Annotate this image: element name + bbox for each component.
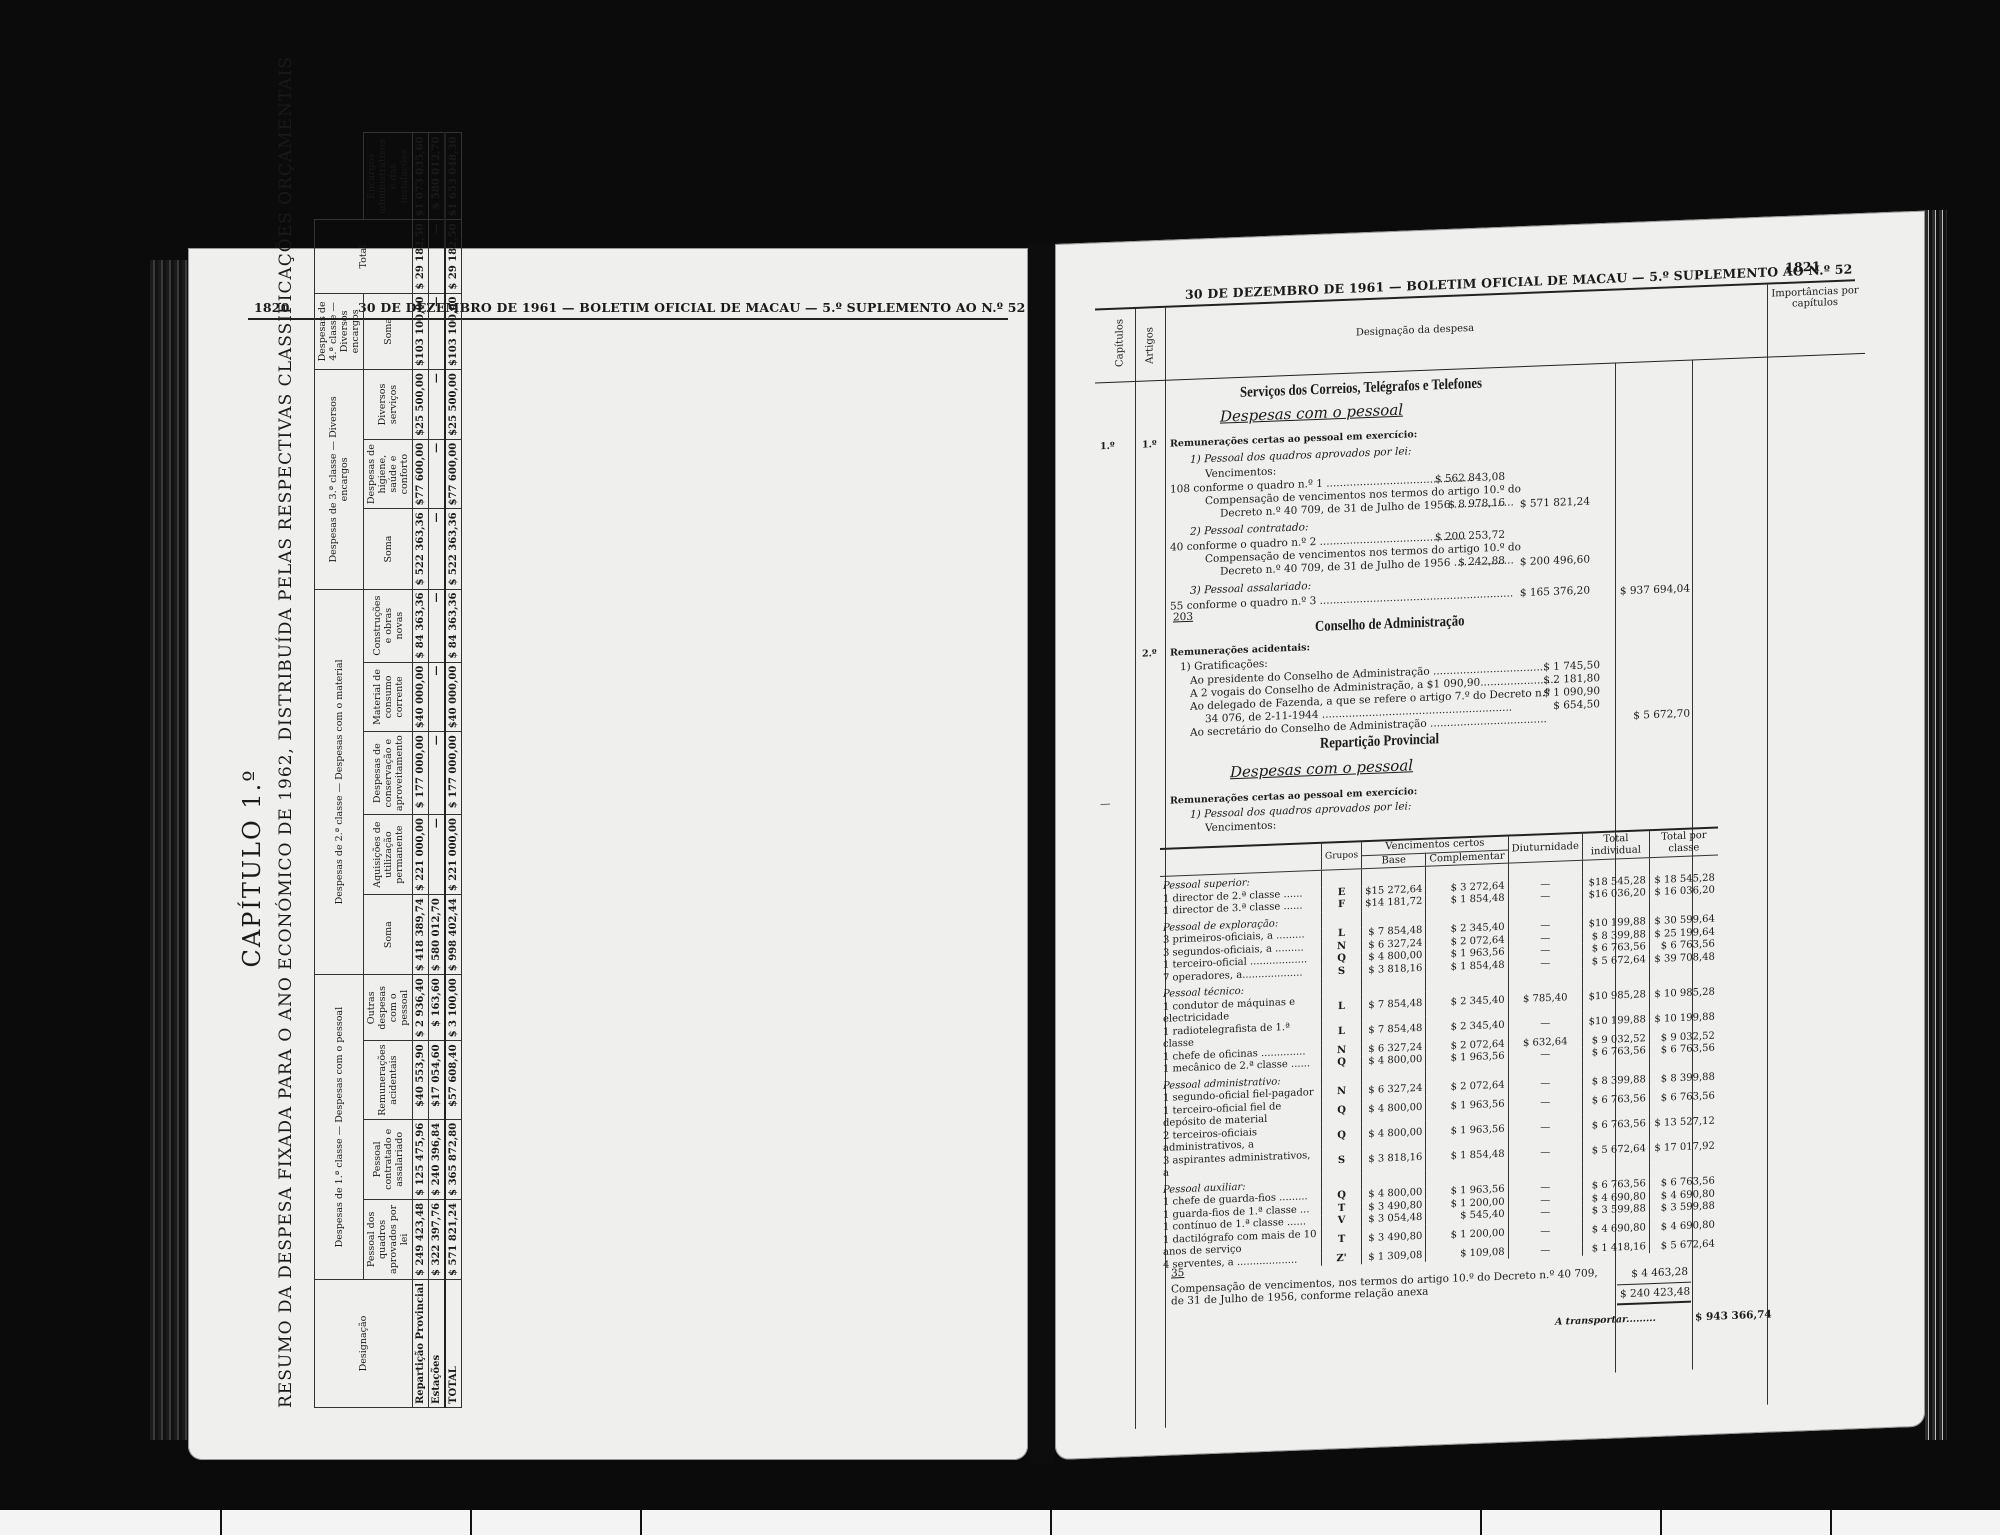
cell-value: $ 29 182,50: [445, 220, 462, 293]
line-amount: $ 654,50: [1525, 698, 1600, 713]
empty-cell: [1322, 911, 1362, 929]
chapter-total: $ 5 672,70: [1615, 708, 1690, 723]
cell-value: $ 522 363,36: [445, 509, 462, 589]
total-classe: $ 17 017,92: [1649, 1134, 1718, 1162]
base-salary: $ 3 818,16: [1362, 962, 1426, 977]
cell-value: $ 125 475,96: [413, 1119, 429, 1199]
line-subtotal: $ 571 821,24: [1510, 495, 1590, 510]
total-individual: $ 6 763,56: [1582, 1045, 1649, 1060]
line-amount: $ 8 978,16: [1430, 497, 1505, 512]
base-salary: $ 7 854,48: [1362, 991, 1426, 1018]
diuturnidade: —: [1508, 1243, 1582, 1258]
section-title: Repartição Provincial: [1320, 731, 1439, 753]
page-stack-left: [150, 260, 188, 1440]
cell-value: $ 84 363,36: [413, 589, 429, 662]
col-header-importancias: Importâncias por capítulos: [1770, 285, 1860, 310]
complementar-salary: $ 2 345,40: [1426, 988, 1508, 1016]
column-header: Construções e obras novas: [364, 589, 413, 662]
cell-value: —: [429, 589, 446, 662]
total-individual: $16 036,20: [1582, 887, 1649, 902]
base-salary: $ 6 327,24: [1362, 1083, 1426, 1098]
cell-value: $103 100,00: [445, 293, 462, 370]
cell-value: —: [429, 732, 446, 815]
diuturnidade: —: [1508, 1139, 1582, 1167]
column-header: Material de consumo corrente: [364, 662, 413, 732]
cell-value: $ 2 936,40: [413, 975, 429, 1041]
col-total-individual: Total individual: [1582, 830, 1649, 860]
capitulo-number: 1.º: [1100, 441, 1115, 453]
cell-value: $ 571 821,24: [445, 1199, 462, 1279]
cell-value: $ 163,60: [429, 975, 446, 1041]
row-label: Repartição Provincial: [413, 1279, 429, 1407]
line-item: 1) Gratificações:: [1180, 658, 1268, 673]
total-individual: $ 6 763,56: [1582, 1087, 1649, 1115]
col-header-artigos: Artigos: [1145, 318, 1156, 364]
total-classe: $ 10 985,28: [1649, 980, 1718, 1008]
table-row: Repartição Provincial$ 249 423,48$ 125 4…: [413, 133, 429, 1408]
diuturnidade: —: [1508, 1010, 1582, 1038]
grupo: S: [1322, 1148, 1362, 1175]
cell-value: $ 580 012,70: [429, 895, 446, 975]
column-header: Encargos administrativos e das instalaçõ…: [364, 133, 413, 220]
col-header-capitulos: Capítulos: [1115, 317, 1126, 367]
total-classe: $ 5 672,64: [1649, 1238, 1718, 1253]
column-header: Soma: [364, 895, 413, 975]
diuturnidade: $ 785,40: [1508, 985, 1582, 1013]
col-header-designacao: Designação da despesa: [1255, 319, 1575, 342]
cell-value: $ 322 397,76: [429, 1199, 446, 1279]
cell-value: $57 608,40: [445, 1041, 462, 1119]
total-classe: $ 4 690,80: [1649, 1213, 1718, 1241]
total-individual: $ 6 763,56: [1582, 1112, 1649, 1140]
cell-value: $ 522 363,36: [413, 509, 429, 589]
empty-cell: [1322, 1069, 1362, 1087]
complementar-salary: $ 1 200,00: [1426, 1221, 1508, 1249]
transportar-label: A transportar.........: [1555, 1313, 1656, 1328]
cell-value: $77 600,00: [445, 439, 462, 509]
base-salary: $ 1 309,08: [1362, 1249, 1426, 1264]
right-page: 30 DE DEZEMBRO DE 1961 — BOLETIM OFICIAL…: [1055, 211, 1925, 1460]
section-heading: Remunerações acidentais:: [1170, 642, 1310, 658]
cell-value: —: [429, 815, 446, 895]
cell-value: $ 998 402,44: [445, 895, 462, 975]
col-divider: [1767, 285, 1768, 1405]
left-page: 1820 30 DE DEZEMBRO DE 1961 — BOLETIM OF…: [188, 248, 1028, 1460]
base-salary: $ 3 818,16: [1362, 1145, 1426, 1172]
cell-value: $1 653 048,30: [445, 133, 462, 220]
cell-value: $ 221 000,00: [413, 815, 429, 895]
header-group: Despesas de 2.ª classe — Despesas com o …: [315, 589, 364, 975]
diuturnidade: —: [1508, 1114, 1582, 1142]
cell-value: —: [429, 293, 446, 370]
cell-value: $25 500,00: [445, 370, 462, 440]
col-diuturnidade: Diuturnidade: [1508, 833, 1582, 863]
line-item: 1) Pessoal dos quadros aprovados por lei…: [1190, 445, 1411, 466]
section-subtitle: Despesas com o pessoal: [1230, 756, 1413, 781]
chapter-total: $ 937 694,04: [1615, 583, 1690, 598]
row-label: Estações: [429, 1279, 446, 1407]
row-label: TOTAL: [445, 1279, 462, 1407]
header-group: Despesas de 4.ª classe — Diversos encarg…: [315, 293, 364, 370]
cell-value: —: [429, 220, 446, 293]
total-classe: $ 13 527,12: [1649, 1109, 1718, 1137]
header-group: Designação: [315, 1279, 413, 1407]
salary-table: Grupos Vencimentos certos Diuturnidade T…: [1160, 827, 1718, 1272]
total-individual: $10 199,88: [1582, 1008, 1649, 1036]
section-title: Conselho de Administração: [1315, 613, 1464, 636]
summary-table: DesignaçãoDespesas de 1.ª classe — Despe…: [314, 132, 462, 1408]
complementar-salary: $ 1 963,56: [1426, 1092, 1508, 1120]
vencimentos-label: Vencimentos:: [1205, 820, 1276, 835]
column-header: Despesas de conservação e aproveitamento: [364, 732, 413, 815]
headcount-total: 203: [1173, 611, 1193, 624]
complementar-salary: $ 1 963,56: [1426, 1117, 1508, 1145]
cell-value: $40 553,90: [413, 1041, 429, 1119]
column-header: Pessoal contratado e assalariado: [364, 1119, 413, 1199]
cell-value: $103 100,00: [413, 293, 429, 370]
base-salary: $ 4 800,00: [1362, 1095, 1426, 1122]
header-group: Despesas de 1.ª classe — Despesas com o …: [315, 975, 364, 1280]
cell-value: —: [429, 370, 446, 440]
total-classe: $ 3 599,88: [1649, 1201, 1718, 1216]
grupo: Q: [1322, 1123, 1362, 1150]
complementar-salary: $ 2 345,40: [1426, 1013, 1508, 1041]
line-subtotal: $ 200 496,60: [1510, 553, 1590, 568]
column-header: Despesas de higiene, saúde e conforto: [364, 439, 413, 509]
cell-value: $ 240 396,84: [429, 1119, 446, 1199]
total-individual: $ 4 690,80: [1582, 1216, 1649, 1244]
running-head: 30 DE DEZEMBRO DE 1961 — BOLETIM OFICIAL…: [1185, 261, 1853, 302]
column-header: Diversos serviços: [364, 370, 413, 440]
column-header: Soma: [364, 293, 413, 370]
column-header: Remunerações acidentais: [364, 1041, 413, 1119]
capitulo-number: —: [1100, 798, 1111, 810]
cell-value: $ 177 000,00: [413, 732, 429, 815]
page-number: 1821: [1785, 259, 1821, 275]
section-total: $ 240 423,48: [1620, 1286, 1688, 1301]
column-header: Aquisições de utilização permanente: [364, 815, 413, 895]
complementar-salary: $ 1 854,48: [1426, 1142, 1508, 1170]
base-salary: $ 4 800,00: [1362, 1120, 1426, 1147]
grupo: Z': [1322, 1252, 1362, 1266]
page-stack-right: [1925, 210, 1947, 1440]
complementar-salary: $ 109,08: [1426, 1246, 1508, 1262]
cell-value: $25 500,00: [413, 370, 429, 440]
total-individual: $10 985,28: [1582, 983, 1649, 1011]
transportar-amount: $ 943 366,74: [1695, 1309, 1765, 1324]
total-classe: $ 16 036,20: [1649, 885, 1718, 900]
diuturnidade: —: [1508, 1089, 1582, 1117]
chapter-title: CAPÍTULO 1.º: [238, 328, 266, 1408]
base-salary: $14 181,72: [1362, 896, 1426, 911]
artigo-number: 2.º: [1142, 648, 1157, 660]
empty-cell: [1322, 977, 1362, 995]
base-salary: $ 4 800,00: [1362, 1054, 1426, 1069]
bottom-film-strip: [0, 1510, 2000, 1535]
cell-value: $1 073 035,60: [413, 133, 429, 220]
cell-value: $77 600,00: [413, 439, 429, 509]
compensacao-text: Compensação de vencimentos, nos termos d…: [1171, 1267, 1611, 1308]
grupo: L: [1322, 994, 1362, 1021]
total-individual: $ 5 672,64: [1582, 954, 1649, 969]
table-row: Estações$ 322 397,76$ 240 396,84$17 054,…: [429, 133, 446, 1408]
line-item: Vencimentos:: [1205, 466, 1276, 481]
section2-items: 1) Gratificações:Ao presidente do Consel…: [1055, 211, 1925, 244]
total-individual: $ 5 672,64: [1582, 1137, 1649, 1165]
column-header: Soma: [364, 509, 413, 589]
col-divider: [1135, 309, 1136, 1429]
sum-rule: [1617, 1282, 1691, 1286]
total-individual: $ 3 599,88: [1582, 1203, 1649, 1218]
cell-value: —: [429, 662, 446, 732]
cell-value: $ 365 872,80: [445, 1119, 462, 1199]
total-individual: $ 8 399,88: [1582, 1074, 1649, 1089]
empty-cell: [1322, 1173, 1362, 1191]
cell-value: $40 000,00: [413, 662, 429, 732]
col-grupos: Grupos: [1322, 841, 1362, 870]
artigo-number: 1.º: [1142, 439, 1157, 451]
book-gutter: [1028, 244, 1055, 1464]
table-row: TOTAL$ 571 821,24$ 365 872,80$57 608,40$…: [445, 133, 462, 1408]
total-classe: $ 6 763,56: [1649, 1043, 1718, 1058]
line-item: 3) Pessoal assalariado:: [1190, 580, 1311, 597]
cell-value: $ 221 000,00: [445, 815, 462, 895]
total-individual: $ 1 418,16: [1582, 1241, 1649, 1256]
line-item: 2) Pessoal contratado:: [1190, 521, 1309, 538]
section1-items: 1) Pessoal dos quadros aprovados por lei…: [1055, 211, 1925, 244]
cell-value: $ 29 182,50: [413, 220, 429, 293]
cell-value: —: [429, 509, 446, 589]
col-total-classe: Total por classe: [1649, 828, 1718, 858]
cell-value: $ 249 423,48: [413, 1199, 429, 1279]
base-salary: $ 3 490,80: [1362, 1224, 1426, 1251]
header-group: Despesas de 3.ª classe — Diversos encarg…: [315, 370, 364, 589]
column-header: Pessoal dos quadros aprovados por lei: [364, 1199, 413, 1279]
compensacao-amount: $ 4 463,28: [1620, 1266, 1688, 1281]
cell-value: $ 418 389,74: [413, 895, 429, 975]
rotated-summary: CAPÍTULO 1.º RESUMO DA DESPESA FIXADA PA…: [228, 328, 748, 1408]
cell-value: $40 000,00: [445, 662, 462, 732]
total-classe: $ 39 708,48: [1649, 951, 1718, 966]
column-header: Outras despesas com o pessoal: [364, 975, 413, 1041]
empty-cell: [1322, 869, 1362, 888]
cell-value: —: [429, 439, 446, 509]
section-title: Serviços dos Correios, Telégrafos e Tele…: [1240, 376, 1482, 402]
total-classe: $ 10 199,88: [1649, 1005, 1718, 1033]
total-classe: $ 8 399,88: [1649, 1072, 1718, 1087]
total-classe: $ 6 763,56: [1649, 1084, 1718, 1112]
cell-value: $ 177 000,00: [445, 732, 462, 815]
base-salary: $ 7 854,48: [1362, 1016, 1426, 1043]
cell-value: $17 054,60: [429, 1041, 446, 1119]
base-salary: $ 3 054,48: [1362, 1212, 1426, 1227]
diuturnidade: —: [1508, 1218, 1582, 1246]
line-subtotal: $ 165 376,20: [1510, 584, 1590, 599]
total-rule: [1617, 1301, 1691, 1306]
section-subtitle: Despesas com o pessoal: [1220, 401, 1403, 426]
table-title: RESUMO DA DESPESA FIXADA PARA O ANO ECON…: [276, 328, 296, 1408]
headcount-total: 35: [1171, 1267, 1184, 1280]
cell-value: $ 3 100,00: [445, 975, 462, 1041]
line-amount: $ 242,88: [1430, 555, 1505, 570]
cell-value: $ 580 012,70: [429, 133, 446, 220]
grupo: L: [1322, 1019, 1362, 1046]
grupo: Q: [1322, 1098, 1362, 1125]
grupo: T: [1322, 1227, 1362, 1254]
cell-value: $ 84 363,36: [445, 589, 462, 662]
header-group: Total: [315, 220, 413, 293]
